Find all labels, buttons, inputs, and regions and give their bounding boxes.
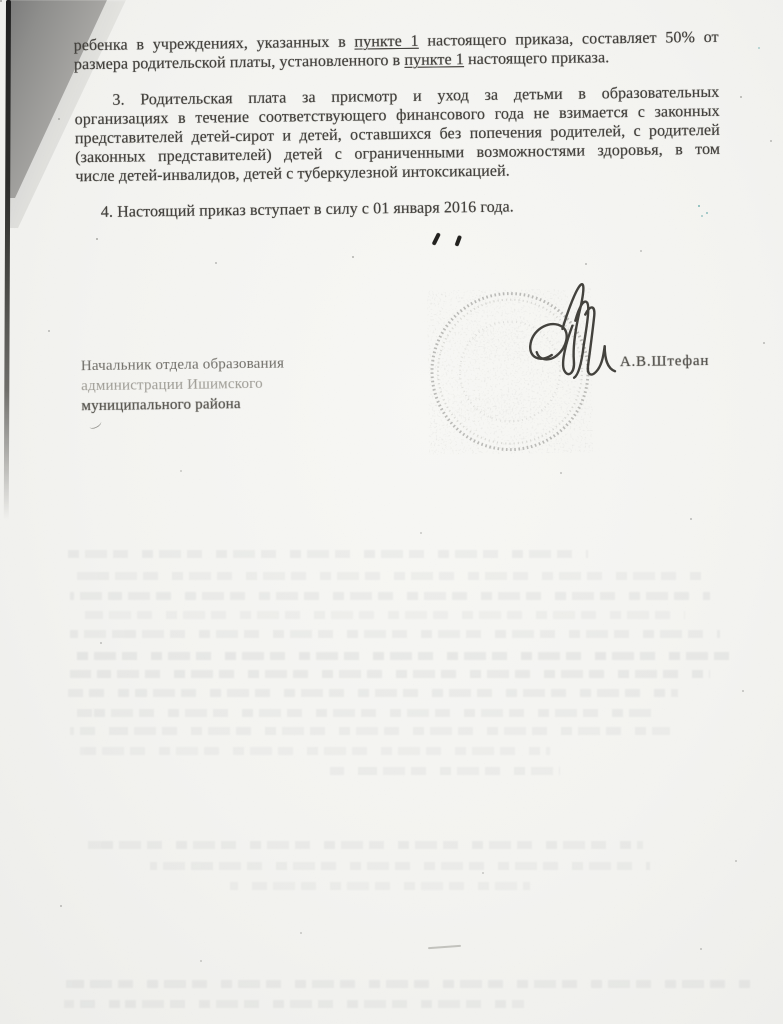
signature-caption: Начальник отдела образования администрац… bbox=[81, 353, 362, 417]
scanned-document-page: ребенка в учреждениях, указанных в пункт… bbox=[0, 0, 783, 1024]
pen-tick-mark bbox=[432, 232, 441, 245]
bleed-through-line bbox=[88, 841, 643, 849]
underlined-reference: пункте 1 bbox=[404, 51, 464, 69]
document-body: ребенка в учреждениях, указанных в пункт… bbox=[74, 28, 721, 222]
pen-tick-marks bbox=[432, 230, 478, 251]
text-segment: числе детей-инвалидов, детей с туберкуле… bbox=[75, 163, 510, 186]
bleed-through-line bbox=[68, 550, 588, 558]
bleed-through-line bbox=[330, 767, 560, 775]
signer-position-line: муниципального района bbox=[81, 393, 361, 417]
pen-squiggle-mark bbox=[88, 418, 103, 431]
bleed-through-line bbox=[75, 709, 655, 717]
document-line: 4. Настоящий приказ вступает в силу с 01… bbox=[76, 195, 721, 222]
bleed-through-line bbox=[230, 882, 530, 890]
text-segment: размера родительской платы, установленно… bbox=[74, 52, 405, 73]
text-segment: 4. Настоящий приказ вступает в силу с 01… bbox=[101, 199, 514, 221]
signer-name: А.В.Штефан bbox=[620, 353, 709, 371]
bleed-through-line bbox=[68, 689, 678, 697]
pen-tick-mark bbox=[454, 235, 461, 247]
bleed-through-line bbox=[150, 862, 650, 870]
scan-noise-specks bbox=[0, 0, 2, 2]
bleed-through-line bbox=[70, 670, 710, 678]
document-content-layer: ребенка в учреждениях, указанных в пункт… bbox=[0, 0, 783, 1024]
underlined-reference: пункте 1 bbox=[354, 33, 418, 51]
bleed-through-line bbox=[85, 611, 685, 619]
bleed-through-line bbox=[65, 652, 730, 660]
bleed-through-line bbox=[70, 630, 720, 638]
bleed-through-line bbox=[70, 727, 670, 735]
bleed-through-line bbox=[70, 592, 710, 600]
scan-noise-specks-teal bbox=[698, 205, 700, 207]
bleed-through-line bbox=[80, 747, 550, 755]
bleed-through-line bbox=[75, 572, 705, 580]
handwritten-signature-icon bbox=[517, 280, 623, 401]
text-segment: настоящего приказа. bbox=[464, 49, 610, 68]
text-segment: настоящего приказа, составляет 50% от bbox=[419, 29, 719, 50]
bleed-through-line bbox=[64, 980, 754, 988]
bleed-through-line bbox=[64, 1000, 524, 1008]
